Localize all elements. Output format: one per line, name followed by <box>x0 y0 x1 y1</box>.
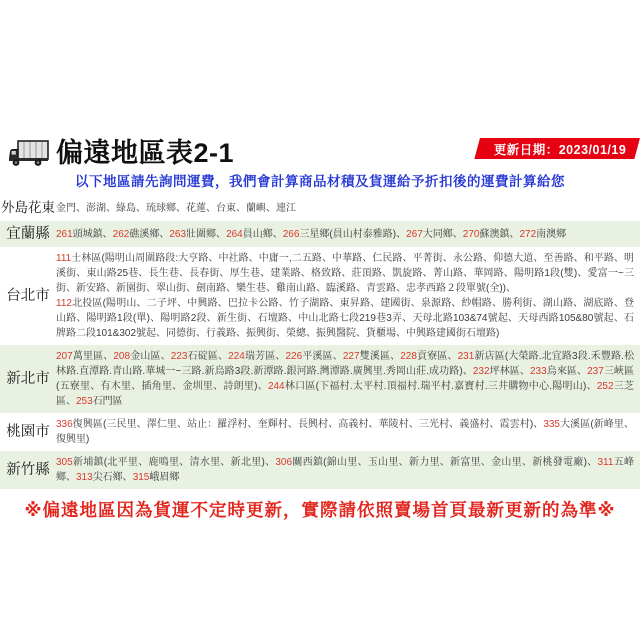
area-entry: 262礁溪鄉、 <box>113 229 170 240</box>
shipping-note: 以下地區請先詢問運費，我們會計算商品材積及貨運給予折扣後的運費計算給您 <box>0 172 640 192</box>
postal-code: 244 <box>268 381 285 392</box>
area-names: 蘇澳鎮、 <box>479 229 519 240</box>
area-entry: 232坪林區、 <box>473 366 530 377</box>
area-names: 瑞芳區、 <box>245 351 286 362</box>
postal-code: 311 <box>597 457 613 468</box>
postal-code: 227 <box>343 351 360 362</box>
area-names: 雙溪區、 <box>360 351 401 362</box>
postal-code: 267 <box>406 229 423 240</box>
area-names: 新埔鎮(北平里、鹿鳴里、清水里、新北里)、 <box>73 457 276 468</box>
region-label: 桃園市 <box>0 423 56 441</box>
area-entry: 208金山區、 <box>113 351 170 362</box>
area-names: 林口區(下福村.太平村.頂福村.瑞平村.嘉寶村.三井購物中心.陽明山)、 <box>285 381 597 392</box>
area-entry: 261頭城鎮、 <box>56 229 113 240</box>
area-entry: 207萬里區、 <box>56 351 113 362</box>
postal-code: 228 <box>400 351 417 362</box>
area-names: 坪林區、 <box>490 366 530 377</box>
postal-code: 223 <box>171 351 188 362</box>
area-names: 復興區(三民里、澤仁里、站止：羅浮村、奎輝村、長興村、高義村、華陵村、三光村、義… <box>73 419 544 430</box>
region-areas: 207萬里區、208金山區、223石碇區、224瑞芳區、226平溪區、227雙溪… <box>56 349 640 409</box>
area-entry: 223石碇區、 <box>171 351 228 362</box>
table-row: 新竹縣305新埔鎮(北平里、鹿鳴里、清水里、新北里)、306關西鎮(錦山里、玉山… <box>0 451 640 489</box>
area-names: 頭城鎮、 <box>73 229 113 240</box>
postal-code: 313 <box>76 472 93 483</box>
area-entry: 270蘇澳鎮、 <box>463 229 520 240</box>
remote-area-sheet: 偏遠地區表2-1 更新日期：2023/01/19 以下地區請先詢問運費，我們會計… <box>0 0 640 640</box>
area-names: 烏來區、 <box>547 366 587 377</box>
area-entry: 228貢寮區、 <box>400 351 457 362</box>
postal-code: 226 <box>286 351 303 362</box>
postal-code: 237 <box>587 366 604 377</box>
update-date-text: 更新日期：2023/01/19 <box>480 138 640 159</box>
postal-code: 336 <box>56 419 73 430</box>
area-names: 石門區 <box>93 396 123 407</box>
region-label: 新竹縣 <box>0 461 56 479</box>
postal-code: 233 <box>530 366 547 377</box>
table-row: 外島花東金門、澎湖、綠島、琉球鄉、花蓮、台東、蘭嶼、連江 <box>0 195 640 221</box>
region-label: 外島花東 <box>0 199 56 217</box>
area-names: 壯圍鄉、 <box>186 229 226 240</box>
page-title: 偏遠地區表2-1 <box>56 138 234 168</box>
postal-code: 231 <box>458 351 475 362</box>
postal-code: 261 <box>56 229 73 240</box>
region-label: 台北市 <box>0 287 56 305</box>
area-names: 金門、澎湖、綠島、琉球鄉、花蓮、台東、蘭嶼、連江 <box>56 203 296 214</box>
area-names: 萬里區、 <box>73 351 114 362</box>
area-names: 尖石鄉、 <box>93 472 133 483</box>
header: 偏遠地區表2-1 更新日期：2023/01/19 <box>0 136 640 170</box>
postal-code: 306 <box>275 457 292 468</box>
area-names: 峨眉鄉 <box>149 472 179 483</box>
area-names: 金山區、 <box>130 351 171 362</box>
region-areas: 金門、澎湖、綠島、琉球鄉、花蓮、台東、蘭嶼、連江 <box>56 201 640 216</box>
postal-code: 335 <box>543 419 560 430</box>
area-entry: 224瑞芳區、 <box>228 351 285 362</box>
area-entry: 264員山鄉、 <box>226 229 283 240</box>
postal-code: 112 <box>56 298 72 309</box>
postal-code: 232 <box>473 366 490 377</box>
region-areas: 305新埔鎮(北平里、鹿鳴里、清水里、新北里)、306關西鎮(錦山里、玉山里、新… <box>56 455 640 485</box>
area-entry: 272南澳鄉 <box>519 229 566 240</box>
update-date-badge: 更新日期：2023/01/19 <box>480 138 640 159</box>
postal-code: 266 <box>283 229 300 240</box>
table-row: 新北市207萬里區、208金山區、223石碇區、224瑞芳區、226平溪區、22… <box>0 345 640 413</box>
area-names: 士林區(陽明山周圍路段:大亨路、中社路、中庸一,二五路、中華路、仁民路、平菁街、… <box>56 253 634 294</box>
table-row: 宜蘭縣261頭城鎮、262礁溪鄉、263壯圍鄉、264員山鄉、266三星鄉(員山… <box>0 221 640 247</box>
area-entry: 306關西鎮(錦山里、玉山里、新力里、新富里、金山里、新桃發電廠)、 <box>275 457 597 468</box>
area-names: 關西鎮(錦山里、玉山里、新力里、新富里、金山里、新桃發電廠)、 <box>292 457 597 468</box>
footer-notice: ※偏遠地區因為貨運不定時更新，實際請依照賣場首頁最新更新的為準※ <box>0 498 640 522</box>
area-entry: 313尖石鄉、 <box>76 472 133 483</box>
postal-code: 208 <box>113 351 130 362</box>
area-names: 石碇區、 <box>187 351 228 362</box>
region-areas: 111士林區(陽明山周圍路段:大亨路、中社路、中庸一,二五路、中華路、仁民路、平… <box>56 251 640 341</box>
region-table: 外島花東金門、澎湖、綠島、琉球鄉、花蓮、台東、蘭嶼、連江宜蘭縣261頭城鎮、26… <box>0 195 640 489</box>
area-names: 貢寮區、 <box>417 351 458 362</box>
area-entry: 233烏來區、 <box>530 366 587 377</box>
postal-code: 272 <box>519 229 536 240</box>
area-entry: 金門、澎湖、綠島、琉球鄉、花蓮、台東、蘭嶼、連江 <box>56 203 296 214</box>
postal-code: 207 <box>56 351 73 362</box>
table-row: 桃園市336復興區(三民里、澤仁里、站止：羅浮村、奎輝村、長興村、高義村、華陵村… <box>0 413 640 451</box>
area-names: 大同鄉、 <box>423 229 463 240</box>
area-entry: 263壯圍鄉、 <box>169 229 226 240</box>
area-entry: 226平溪區、 <box>286 351 343 362</box>
area-names: 平溪區、 <box>302 351 343 362</box>
region-areas: 336復興區(三民里、澤仁里、站止：羅浮村、奎輝村、長興村、高義村、華陵村、三光… <box>56 417 640 447</box>
area-entry: 244林口區(下福村.太平村.頂福村.瑞平村.嘉寶村.三井購物中心.陽明山)、 <box>268 381 597 392</box>
area-entry: 253石門區 <box>76 396 123 407</box>
area-entry: 112北投區(陽明山、二子坪、中興路、巴拉卡公路、竹子湖路、東昇路、建國街、泉源… <box>56 296 634 341</box>
area-entry: 227雙溪區、 <box>343 351 400 362</box>
table-row: 台北市111士林區(陽明山周圍路段:大亨路、中社路、中庸一,二五路、中華路、仁民… <box>0 247 640 345</box>
area-entry: 336復興區(三民里、澤仁里、站止：羅浮村、奎輝村、長興村、高義村、華陵村、三光… <box>56 419 543 430</box>
postal-code: 111 <box>56 253 71 264</box>
area-names: 南澳鄉 <box>536 229 566 240</box>
postal-code: 305 <box>56 457 73 468</box>
area-entry: 305新埔鎮(北平里、鹿鳴里、清水里、新北里)、 <box>56 457 275 468</box>
postal-code: 224 <box>228 351 245 362</box>
area-names: 員山鄉、 <box>243 229 283 240</box>
area-names: 北投區(陽明山、二子坪、中興路、巴拉卡公路、竹子湖路、東昇路、建國街、泉源路、紗… <box>56 298 634 339</box>
postal-code: 252 <box>597 381 614 392</box>
postal-code: 262 <box>113 229 130 240</box>
postal-code: 263 <box>169 229 186 240</box>
region-areas: 261頭城鎮、262礁溪鄉、263壯圍鄉、264員山鄉、266三星鄉(員山村泰雅… <box>56 227 640 242</box>
postal-code: 315 <box>133 472 150 483</box>
area-entry: 266三星鄉(員山村泰雅路)、 <box>283 229 406 240</box>
postal-code: 270 <box>463 229 480 240</box>
area-entry: 267大同鄉、 <box>406 229 463 240</box>
region-label: 宜蘭縣 <box>0 225 56 243</box>
region-label: 新北市 <box>0 370 56 388</box>
truck-icon <box>8 139 50 167</box>
area-entry: 315峨眉鄉 <box>133 472 180 483</box>
postal-code: 253 <box>76 396 93 407</box>
area-names: 三星鄉(員山村泰雅路)、 <box>299 229 406 240</box>
area-entry: 111士林區(陽明山周圍路段:大亨路、中社路、中庸一,二五路、中華路、仁民路、平… <box>56 251 634 296</box>
postal-code: 264 <box>226 229 243 240</box>
area-names: 礁溪鄉、 <box>129 229 169 240</box>
